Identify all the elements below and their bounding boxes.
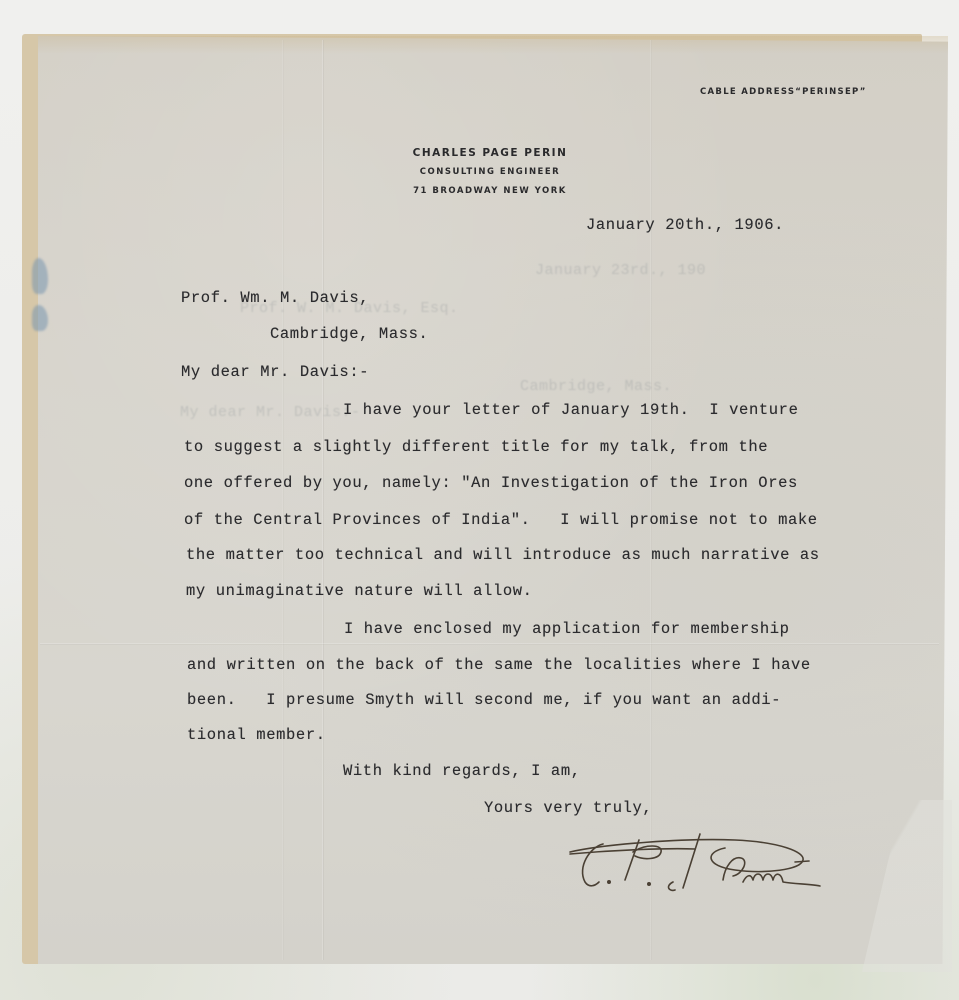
letter-date: January 20th., 1906. — [586, 216, 784, 234]
bleed-through-line: My dear Mr. Davis:- — [180, 404, 361, 421]
body-line: tional member. — [187, 726, 326, 744]
paper-top-edge — [38, 36, 948, 54]
body-line: the matter too technical and will introd… — [186, 546, 820, 564]
letterhead-title: CONSULTING ENGINEER — [390, 163, 590, 182]
fold-crease — [322, 40, 324, 960]
body-line: I have your letter of January 19th. I ve… — [343, 401, 798, 419]
body-line: one offered by you, namely: "An Investig… — [184, 474, 798, 492]
letterhead: CHARLES PAGE PERIN CONSULTING ENGINEER 7… — [390, 143, 590, 201]
letterhead-address: 71 BROADWAY NEW YORK — [390, 182, 590, 201]
body-line: of the Central Provinces of India". I wi… — [184, 511, 818, 529]
salutation: My dear Mr. Davis:- — [181, 363, 369, 381]
letterhead-name: CHARLES PAGE PERIN — [390, 143, 590, 163]
bleed-through-line: Cambridge, Mass. — [520, 378, 672, 395]
body-line: been. I presume Smyth will second me, if… — [187, 691, 781, 709]
recipient-name: Prof. Wm. M. Davis, — [181, 289, 369, 307]
bleed-through-date: January 23rd., 190 — [535, 262, 706, 279]
fold-crease — [40, 643, 939, 645]
fold-crease — [282, 40, 284, 960]
body-line: my unimaginative nature will allow. — [186, 582, 533, 600]
recipient-location: Cambridge, Mass. — [270, 325, 428, 343]
body-line: and written on the back of the same the … — [187, 656, 811, 674]
valediction: Yours very truly, — [484, 799, 652, 817]
body-line: to suggest a slightly different title fo… — [184, 438, 768, 456]
closing: With kind regards, I am, — [343, 762, 581, 780]
handwritten-signature — [565, 822, 835, 902]
cable-address: CABLE ADDRESS“PERINSEP” — [700, 87, 867, 97]
body-line: I have enclosed my application for membe… — [344, 620, 790, 638]
